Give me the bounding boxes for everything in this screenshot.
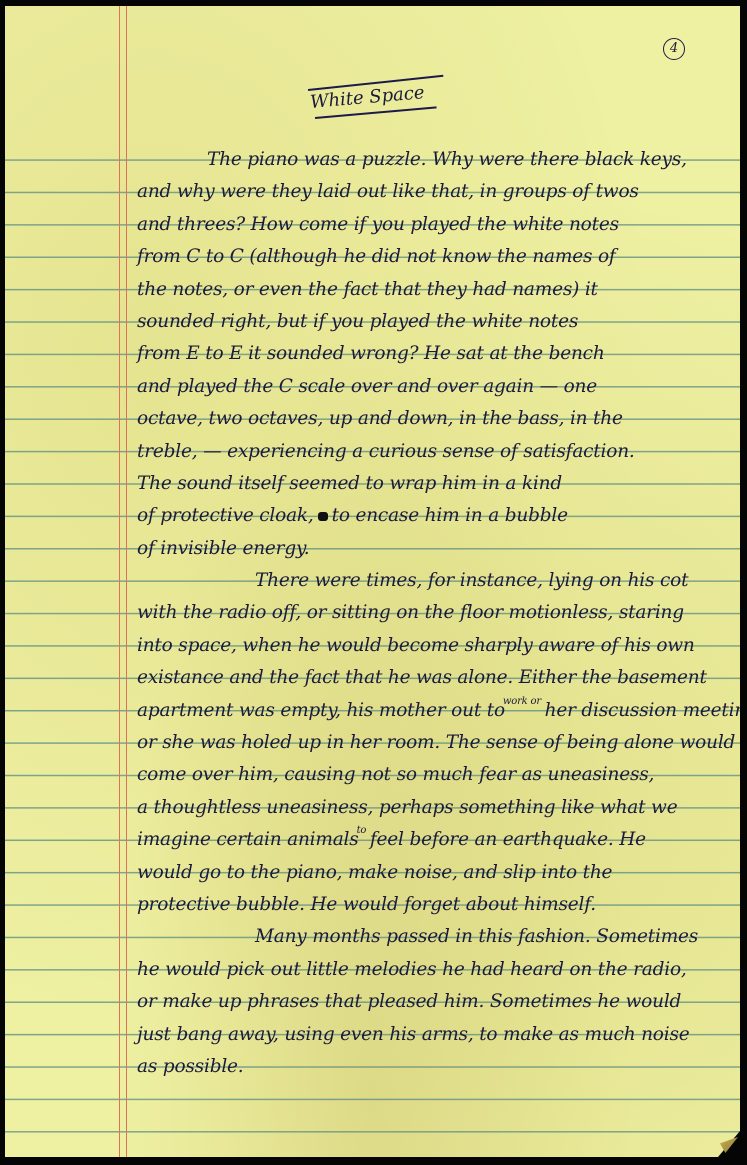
- insertion-above: work or: [503, 696, 541, 707]
- ink-blot: [318, 512, 328, 521]
- text-line: protective bubble. He would forget about…: [137, 889, 732, 921]
- text-line: into space, when he would become sharply…: [137, 630, 732, 662]
- text-line: apartment was empty, his mother out towo…: [137, 695, 732, 727]
- text-line: imagine certain animalsto feel before an…: [137, 824, 732, 856]
- margin-line-right: [126, 6, 127, 1157]
- page-number-circled: 4: [663, 38, 685, 60]
- text-line: with the radio off, or sitting on the fl…: [137, 597, 732, 629]
- text-line: and why were they laid out like that, in…: [137, 176, 732, 208]
- margin-line-left: [119, 6, 120, 1157]
- text-line: the notes, or even the fact that they ha…: [137, 274, 732, 306]
- text-line: from C to C (although he did not know th…: [137, 241, 732, 273]
- text-line: or make up phrases that pleased him. Som…: [137, 986, 732, 1018]
- text-line: of protective cloak,to encase him in a b…: [137, 500, 732, 532]
- text-segment: imagine certain animals: [137, 829, 359, 850]
- text-line: or she was holed up in her room. The sen…: [137, 727, 732, 759]
- text-line: octave, two octaves, up and down, in the…: [137, 403, 732, 435]
- text-line: a thoughtless uneasiness, perhaps someth…: [137, 792, 732, 824]
- text-line: and played the C scale over and over aga…: [137, 371, 732, 403]
- text-line: as possible.: [137, 1051, 732, 1083]
- text-segment: her discussion meeting,: [545, 700, 740, 721]
- handwritten-body: The piano was a puzzle. Why were there b…: [137, 144, 732, 1083]
- text-line: would go to the piano, make noise, and s…: [137, 857, 732, 889]
- legal-pad-page: 4 White Space The piano was a puzzle. Wh…: [5, 6, 740, 1157]
- text-line: sounded right, but if you played the whi…: [137, 306, 732, 338]
- text-line: Many months passed in this fashion. Some…: [137, 921, 732, 953]
- text-segment: of protective cloak,: [137, 505, 314, 526]
- text-line: The sound itself seemed to wrap him in a…: [137, 468, 732, 500]
- text-line: and threes? How come if you played the w…: [137, 209, 732, 241]
- text-line: of invisible energy.: [137, 533, 732, 565]
- text-segment: to encase him in a bubble: [332, 505, 568, 526]
- text-line: come over him, causing not so much fear …: [137, 759, 732, 791]
- text-line: just bang away, using even his arms, to …: [137, 1019, 732, 1051]
- text-segment: feel before an earthquake. He: [370, 829, 646, 850]
- text-line: The piano was a puzzle. Why were there b…: [137, 144, 732, 176]
- text-line: treble, — experiencing a curious sense o…: [137, 436, 732, 468]
- text-line: he would pick out little melodies he had…: [137, 954, 732, 986]
- insertion-above: to: [357, 825, 367, 836]
- text-line: There were times, for instance, lying on…: [137, 565, 732, 597]
- text-segment: apartment was empty, his mother out to: [137, 700, 505, 721]
- text-line: from E to E it sounded wrong? He sat at …: [137, 338, 732, 370]
- text-line: existance and the fact that he was alone…: [137, 662, 732, 694]
